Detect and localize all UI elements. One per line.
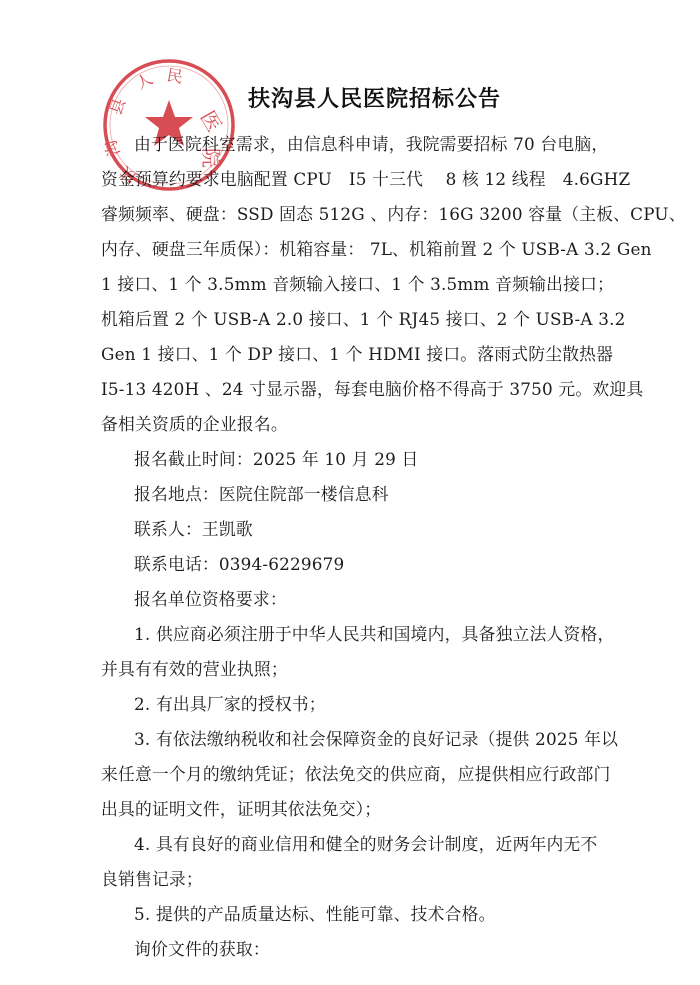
inquiry-heading: 询价文件的获取： [134,936,270,960]
requirement-line: 1. 供应商必须注册于中华人民共和国境内，具备独立法人资格， [134,621,614,645]
svg-text:人: 人 [133,69,156,93]
body-line: 由于医院科室需求，由信息科申请，我院需要招标 70 台电脑， [134,131,608,155]
body-line: 资金预算约要求电脑配置 CPU I5 十三代 8 核 12 线程 4.6GHZ [101,166,630,190]
contact-text: 联系人：王凯歌 [134,516,253,540]
requirements-heading: 报名单位资格要求： [134,586,287,610]
body-line: 机箱后置 2 个 USB-A 2.0 接口、1 个 RJ45 接口、2 个 US… [101,306,626,330]
location-text: 报名地点：医院住院部一楼信息科 [134,481,389,505]
svg-text:民: 民 [165,65,184,86]
requirement-line: 4. 具有良好的商业信用和健全的财务会计制度，近两年内无不 [134,831,597,855]
requirement-line: 出具的证明文件，证明其依法免交）； [101,796,381,820]
requirement-line: 3. 有依法缴纳税收和社会保障资金的良好记录（提供 2025 年以 [134,726,618,750]
body-line: I5-13 420H 、24 寸显示器，每套电脑价格不得高于 3750 元。欢迎… [101,376,643,400]
body-line: 内存、硬盘三年质保）：机箱容量： 7L、机箱前置 2 个 USB-A 3.2 G… [101,236,652,260]
body-line: 1 接口、1 个 3.5mm 音频输入接口、1 个 3.5mm 音频输出接口； [101,271,614,295]
body-line: Gen 1 接口、1 个 DP 接口、1 个 HDMI 接口。落雨式防尘散热器 [101,341,613,365]
phone-text: 联系电话：0394-6229679 [134,551,344,575]
requirement-line: 良销售记录； [101,866,203,890]
deadline-text: 报名截止时间：2025 年 10 月 29 日 [134,446,419,470]
requirement-line: 来任意一个月的缴纳凭证；依法免交的供应商，应提供相应行政部门 [101,761,610,785]
body-line: 睿频频率、硬盘：SSD 固态 512G 、内存：16G 3200 容量（主板、C… [101,201,686,225]
body-line: 备相关资质的企业报名。 [101,411,288,435]
svg-text:县: 县 [106,96,129,118]
svg-text:沟: 沟 [100,138,123,160]
page-title: 扶沟县人民医院招标公告 [248,82,501,113]
document-page: 医 院 民 人 县 沟 扶 扶沟县人民医院招标公告 由于医院科室需求，由信息科申… [0,0,700,985]
requirement-line: 并具有有效的营业执照； [101,656,288,680]
requirement-line: 5. 提供的产品质量达标、性能可靠、技术合格。 [134,901,496,925]
requirement-line: 2. 有出具厂家的授权书； [134,691,326,715]
